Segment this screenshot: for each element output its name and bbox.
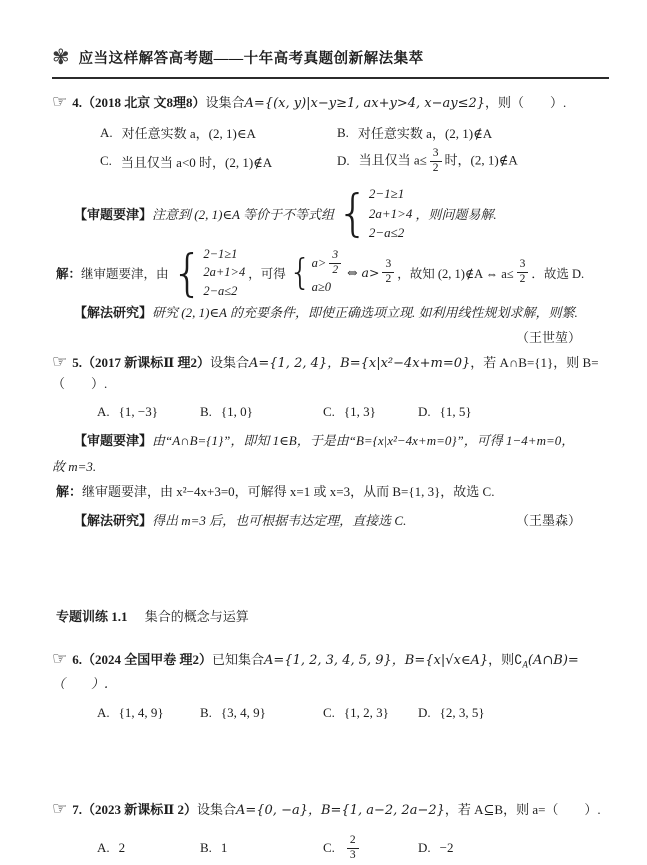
- option-4a-text: 对任意实数 a，(2, 1)∈A: [122, 123, 256, 142]
- problem-6-source: （2024 全国甲卷 理2）: [82, 652, 212, 667]
- left-brace: {: [337, 188, 369, 238]
- method-study-text: 得出 m=3 后，也可根据韦达定理，直接选 C.: [152, 513, 406, 528]
- solution-mid: ，可得: [248, 264, 286, 282]
- analysis-pre: 注意到 (2, 1)∈A 等价于不等式组: [152, 204, 334, 223]
- section-number: 专题训练 1.1: [56, 609, 128, 624]
- problem-5-options: A.{1, −3} B.{1, 0} C.{1, 3} D.{1, 5}: [97, 404, 609, 420]
- option-6c: C.{1, 2, 3}: [323, 705, 418, 721]
- inequality-system: { 2−1≥1 2a+1>4 2−a≤2: [337, 184, 412, 243]
- pointing-hand-icon: ☞: [52, 799, 67, 818]
- problem-5-analysis: 【审题要津】由“A∩B={1}”，即知 1∈B，于是由“B={x|x²−4x+m…: [52, 428, 609, 480]
- problem-4-method-study: 【解法研究】研究 (2, 1)∈A 的充要条件，即使正确选项立现. 如利用线性规…: [74, 303, 609, 323]
- solution-pre: 继审题要津，由: [81, 264, 169, 282]
- inequality-system: { 2−1≥1 2a+1>4 2−a≤2: [172, 245, 246, 301]
- option-4d-label: D.: [337, 153, 350, 169]
- problem-5-method-study: 【解法研究】得出 m=3 后，也可根据韦达定理，直接选 C. （王墨森）: [52, 510, 609, 529]
- solution-mid3: ，故知 (2, 1)∉A ⇔ a≤: [397, 264, 513, 282]
- book-title: 应当这样解答高考题——十年高考真题创新解法集萃: [79, 47, 424, 68]
- option-7b: B.1: [200, 840, 323, 856]
- flower-logo-icon: ✾: [52, 47, 70, 68]
- option-4c-text: 当且仅当 a<0 时，(2, 1)∉A: [121, 152, 272, 171]
- left-brace: {: [289, 255, 312, 291]
- fraction-three-halves: 32: [430, 147, 442, 176]
- problem-4-options-row-1: A. 对任意实数 a，(2, 1)∈A B. 对任意实数 a，(2, 1)∉A: [100, 123, 609, 142]
- problem-4-options-row-2: C. 当且仅当 a<0 时，(2, 1)∉A D. 当且仅当 a≤32时，(2,…: [100, 144, 609, 178]
- method-study-label: 【解法研究】: [74, 513, 152, 528]
- problem-5-stem: ☞5.（2017 新课标Ⅱ 理2）设集合A={1, 2, 4}，B={x|x²−…: [52, 352, 609, 394]
- problem-6-set-definition: A={1, 2, 3, 4, 5, 9}，B={x|√x∈A}: [264, 653, 488, 668]
- problem-6-mid: ，则∁: [488, 652, 522, 667]
- problem-7-source: （2023 新课标Ⅱ 2）: [82, 802, 197, 817]
- pointing-hand-icon: ☞: [52, 649, 67, 668]
- solution-label: 解：: [56, 264, 81, 282]
- option-5c: C.{1, 3}: [323, 404, 418, 420]
- option-4d-text: 当且仅当 a≤32时，(2, 1)∉A: [359, 147, 518, 176]
- solution-mid2: ⇔ a>: [347, 265, 379, 280]
- option-5d: D.{1, 5}: [418, 404, 609, 420]
- fraction-two-thirds: 23: [347, 834, 359, 863]
- problem-5-author: （王墨森）: [516, 510, 609, 529]
- method-study-label: 【解法研究】: [74, 305, 152, 320]
- system-line: 2−1≥1: [203, 245, 245, 264]
- method-study-text: 研究 (2, 1)∈A 的充要条件，即使正确选项立现. 如利用线性规划求解，则繁…: [152, 305, 578, 320]
- problem-7-options: A.2 B.1 C.23 D.−2: [97, 829, 609, 865]
- problem-7-tail: ，若 A⊆B，则 a=（ ）.: [445, 802, 601, 817]
- problem-5-number: 5.: [72, 355, 82, 370]
- problem-4-author: （王世堃）: [52, 327, 609, 346]
- problem-4-analysis: 【审题要津】 注意到 (2, 1)∈A 等价于不等式组 { 2−1≥1 2a+1…: [74, 184, 609, 243]
- problem-7-lead: 设集合: [197, 802, 236, 817]
- option-6a: A.{1, 4, 9}: [97, 705, 200, 721]
- problem-4-number: 4.: [72, 95, 82, 110]
- inequality-system-result: { a>32 a≥0: [289, 249, 344, 296]
- system-line: 2−1≥1: [369, 184, 413, 204]
- option-7a: A.2: [97, 840, 200, 856]
- option-6b: B.{3, 4, 9}: [200, 705, 323, 721]
- problem-4-solution: 解： 继审题要津，由 { 2−1≥1 2a+1>4 2−a≤2 ，可得 { a>…: [56, 245, 609, 301]
- option-6d: D.{2, 3, 5}: [418, 705, 609, 721]
- option-5b: B.{1, 0}: [200, 404, 323, 420]
- solution-label: 解：: [56, 484, 82, 499]
- system-line: a>32: [312, 249, 344, 278]
- problem-4-lead: 设集合: [206, 95, 245, 110]
- option-7c: C.23: [323, 834, 418, 863]
- option-4b: B. 对任意实数 a，(2, 1)∉A: [337, 123, 609, 142]
- problem-4-stem: ☞4.（2018 北京 文8理8）设集合A={(x, y)|x−y≥1, ax+…: [52, 92, 609, 114]
- problem-6-lead: 已知集合: [212, 652, 264, 667]
- option-4a-label: A.: [100, 125, 113, 141]
- problem-5-lead: 设集合: [210, 355, 249, 370]
- problem-4-source: （2018 北京 文8理8）: [82, 95, 206, 110]
- fraction-three-halves: 32: [517, 258, 529, 287]
- system-line: 2−a≤2: [369, 223, 413, 243]
- option-4a: A. 对任意实数 a，(2, 1)∈A: [100, 123, 337, 142]
- analysis-post: ，则问题易解.: [415, 204, 496, 223]
- option-5a: A.{1, −3}: [97, 404, 200, 420]
- system-line: 2a+1>4: [369, 204, 413, 224]
- option-7d: D.−2: [418, 840, 609, 856]
- system-line: 2a+1>4: [203, 263, 245, 282]
- fraction-three-halves: 32: [382, 258, 394, 287]
- problem-4-tail: ，则（ ）.: [485, 95, 566, 110]
- problem-6-stem: ☞6.（2024 全国甲卷 理2）已知集合A={1, 2, 3, 4, 5, 9…: [52, 649, 609, 696]
- option-4b-text: 对任意实数 a，(2, 1)∉A: [358, 123, 492, 142]
- pointing-hand-icon: ☞: [52, 92, 67, 111]
- solution-conclusion: ．故选 D.: [531, 264, 584, 282]
- problem-4-set-definition: A={(x, y)|x−y≥1, ax+y>4, x−ay≤2}: [245, 96, 486, 111]
- system-line: 2−a≤2: [203, 282, 245, 301]
- left-brace: {: [172, 248, 204, 298]
- analysis-label: 【审题要津】: [74, 204, 152, 223]
- section-heading: 专题训练 1.1 集合的概念与运算: [56, 607, 609, 627]
- problem-6-number: 6.: [72, 652, 82, 667]
- fraction-three-halves: 32: [329, 249, 341, 278]
- problem-5-solution: 解：继审题要津，由 x²−4x+3=0，可解得 x=1 或 x=3，从而 B={…: [56, 482, 609, 502]
- problem-6-options: A.{1, 4, 9} B.{3, 4, 9} C.{1, 2, 3} D.{2…: [97, 705, 609, 721]
- analysis-label: 【审题要津】: [74, 433, 152, 448]
- option-4d: D. 当且仅当 a≤32时，(2, 1)∉A: [337, 147, 609, 176]
- problem-5-set-definition: A={1, 2, 4}，B={x|x²−4x+m=0}: [249, 356, 470, 371]
- analysis-line-1: 由“A∩B={1}”，即知 1∈B，于是由“B={x|x²−4x+m=0}”，可…: [152, 433, 574, 448]
- pointing-hand-icon: ☞: [52, 352, 67, 371]
- section-name: 集合的概念与运算: [145, 609, 249, 624]
- option-4c: C. 当且仅当 a<0 时，(2, 1)∉A: [100, 152, 337, 171]
- problem-7-number: 7.: [72, 802, 82, 817]
- problem-7-stem: ☞7.（2023 新课标Ⅱ 2）设集合A={0, −a}，B={1, a−2, …: [52, 799, 609, 821]
- analysis-line-2: 故 m=3.: [52, 459, 96, 474]
- problem-7-set-definition: A={0, −a}，B={1, a−2, 2a−2}: [236, 803, 445, 818]
- book-page: ✾ 应当这样解答高考题——十年高考真题创新解法集萃 ☞4.（2018 北京 文8…: [0, 0, 647, 865]
- problem-5-source: （2017 新课标Ⅱ 理2）: [82, 355, 210, 370]
- option-4b-label: B.: [337, 125, 349, 141]
- system-line: a≥0: [312, 278, 344, 297]
- solution-text: 继审题要津，由 x²−4x+3=0，可解得 x=1 或 x=3，从而 B={1,…: [82, 484, 494, 499]
- page-header: ✾ 应当这样解答高考题——十年高考真题创新解法集萃: [52, 47, 609, 79]
- option-4c-label: C.: [100, 153, 112, 169]
